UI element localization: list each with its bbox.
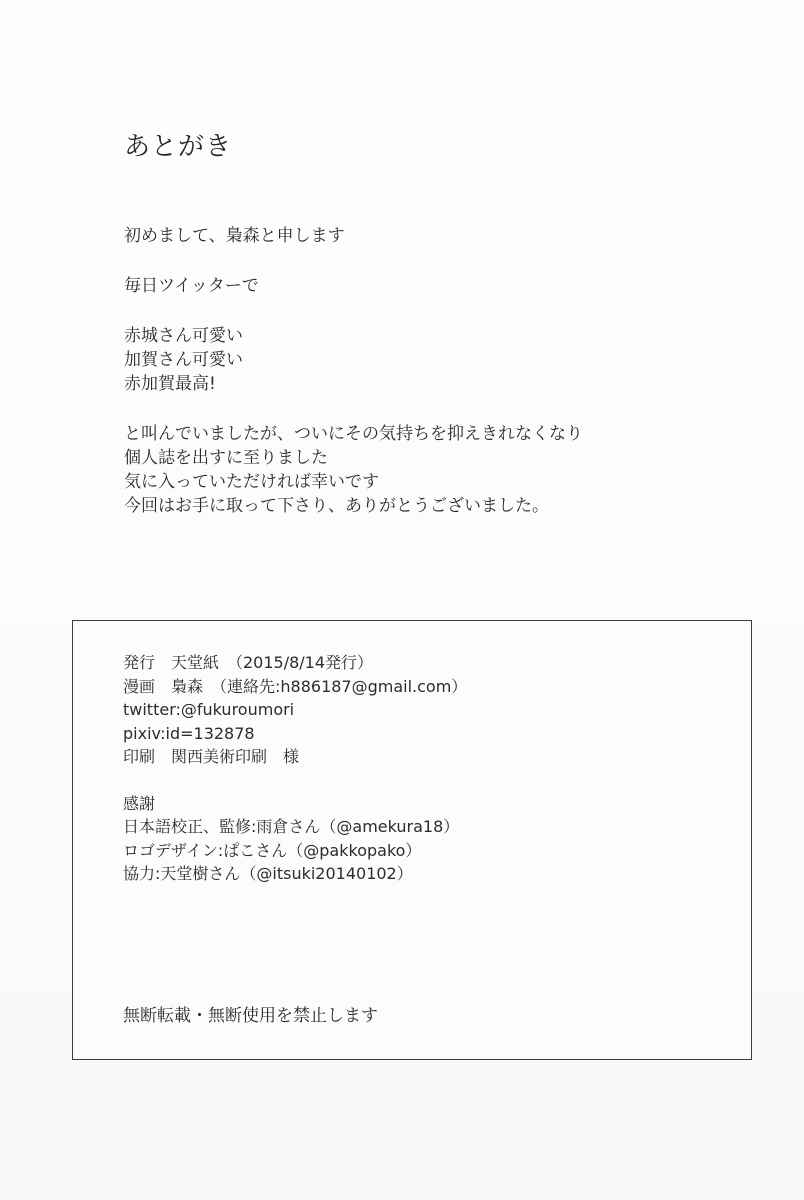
afterword-paragraph-3: 赤城さん可愛い 加賀さん可愛い 赤加賀最高! <box>124 324 583 396</box>
afterword-paragraph-4: と叫んでいましたが、ついにその気持ちを抑えきれなくなり 個人誌を出すに至りました… <box>124 422 583 518</box>
spacer <box>123 769 467 792</box>
afterword-line: 加賀さん可愛い <box>124 348 583 372</box>
copyright-notice: 無断転載・無断使用を禁止します <box>123 1001 378 1026</box>
afterword-paragraph-2: 毎日ツイッターで <box>124 274 583 298</box>
thanks-item: ロゴデザイン:ぱこさん（@pakkopako） <box>123 839 467 863</box>
afterword-page: あとがき 初めまして、梟森と申します 毎日ツイッターで 赤城さん可愛い 加賀さん… <box>0 0 804 1200</box>
pixiv-line: pixiv:id=132878 <box>123 722 467 746</box>
printer-line: 印刷 関西美術印刷 様 <box>123 745 467 769</box>
page-title: あとがき <box>124 126 232 163</box>
afterword-line: と叫んでいましたが、ついにその気持ちを抑えきれなくなり <box>124 422 583 446</box>
thanks-heading: 感謝 <box>123 792 467 816</box>
twitter-line: twitter:@fukuroumori <box>123 698 467 722</box>
thanks-item: 日本語校正、監修:雨倉さん（@amekura18） <box>123 815 467 839</box>
artist-line: 漫画 梟森 （連絡先:h886187@gmail.com） <box>123 675 467 699</box>
colophon-details: 発行 天堂紙 （2015/8/14発行） 漫画 梟森 （連絡先:h886187@… <box>123 651 467 886</box>
afterword-line: 初めまして、梟森と申します <box>124 224 583 248</box>
thanks-item: 協力:天堂樹さん（@itsuki20140102） <box>123 862 467 886</box>
afterword-line: 赤加賀最高! <box>124 372 583 396</box>
afterword-body: 初めまして、梟森と申します 毎日ツイッターで 赤城さん可愛い 加賀さん可愛い 赤… <box>124 224 583 544</box>
afterword-paragraph-1: 初めまして、梟森と申します <box>124 224 583 248</box>
afterword-line: 赤城さん可愛い <box>124 324 583 348</box>
afterword-line: 気に入っていただければ幸いです <box>124 470 583 494</box>
colophon-box: 発行 天堂紙 （2015/8/14発行） 漫画 梟森 （連絡先:h886187@… <box>72 620 752 1060</box>
afterword-line: 今回はお手に取って下さり、ありがとうございました。 <box>124 494 583 518</box>
afterword-line: 毎日ツイッターで <box>124 274 583 298</box>
publisher-line: 発行 天堂紙 （2015/8/14発行） <box>123 651 467 675</box>
afterword-line: 個人誌を出すに至りました <box>124 446 583 470</box>
